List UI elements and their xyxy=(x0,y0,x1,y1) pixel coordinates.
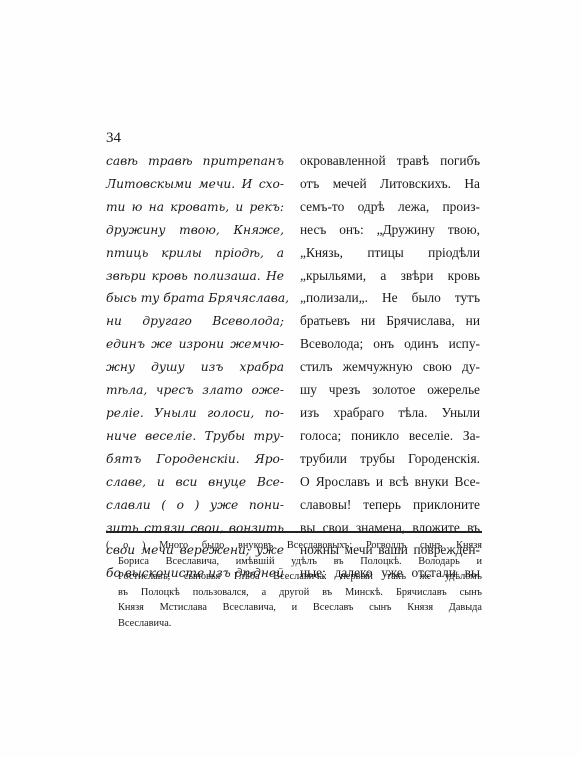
footnote-line: Бориса Всеславича, имѣвшій удѣлъ въ Поло… xyxy=(106,554,482,570)
text-line: „Князь, птицы пріодѣли xyxy=(300,242,480,265)
text-line: савѣ травѣ притрепанъ xyxy=(106,150,284,173)
text-line: голоса; поникло веселіе. За- xyxy=(300,425,480,448)
text-line: семъ-то одрѣ лежа, произ- xyxy=(300,196,480,219)
text-line: отъ мечей Литовскихъ. На xyxy=(300,173,480,196)
modern-russian-column: окровавленной травѣ погибъ отъ мечей Лит… xyxy=(300,150,480,585)
text-line: тѣла, чресъ злато оже- xyxy=(106,379,284,402)
text-line: ни другаго Всеволода; xyxy=(106,310,284,333)
text-line: „полизали„. Не было тутъ xyxy=(300,287,480,310)
footnote-line: Всеславича. xyxy=(106,616,482,632)
text-line: стилъ жемчужную свою ду- xyxy=(300,356,480,379)
text-line: дружину твою, Княже, xyxy=(106,219,284,242)
text-line: единъ же изрони жемчю- xyxy=(106,333,284,356)
old-slavonic-column: савѣ травѣ притрепанъ Литовскыми мечи. И… xyxy=(106,150,284,585)
footnote-line: ( о ) Много было внуковъ Всеславовыхъ: Р… xyxy=(106,538,482,554)
text-line: птиць крилы пріодѣ, а xyxy=(106,242,284,265)
book-page: 34 савѣ травѣ притрепанъ Литовскыми мечи… xyxy=(0,0,582,757)
text-line: братьевъ ни Брячислава, ни xyxy=(300,310,480,333)
text-line: вы свои знамена, вложите въ xyxy=(300,517,480,540)
text-line: ниче веселіе. Трубы тру- xyxy=(106,425,284,448)
text-line: звѣри кровь полизаша. Не xyxy=(106,265,284,288)
text-line: жну душу изъ храбра xyxy=(106,356,284,379)
text-line: славе, и вси внуце Все- xyxy=(106,471,284,494)
text-line: славли ( о ) уже пони- xyxy=(106,494,284,517)
text-line: зить стязи свои, вонзить xyxy=(106,517,284,540)
footnote: ( о ) Много было внуковъ Всеславовыхъ: Р… xyxy=(106,538,482,632)
text-line: Всеволода; онъ одинъ испу- xyxy=(300,333,480,356)
text-line: трубили трубы Городенскія. xyxy=(300,448,480,471)
text-line: О Ярославъ и всѣ внуки Все- xyxy=(300,471,480,494)
text-line: шу чрезъ золотое ожерелье xyxy=(300,379,480,402)
text-line: окровавленной травѣ погибъ xyxy=(300,150,480,173)
text-line: ти ю на кровать, и рекъ: xyxy=(106,196,284,219)
text-line: изъ храбраго тѣла. Уныли xyxy=(300,402,480,425)
text-line: несъ онъ: „Дружину твою, xyxy=(300,219,480,242)
text-line: бятъ Городенскіи. Яро- xyxy=(106,448,284,471)
text-line: Литовскыми мечи. И схо- xyxy=(106,173,284,196)
text-line: реліе. Уныли голоси, по- xyxy=(106,402,284,425)
text-line: славовы! теперь приклоните xyxy=(300,494,480,517)
text-line: „крыльями, а звѣри кровь xyxy=(300,265,480,288)
text-line: бысь ту брата Брячяслава, xyxy=(106,287,284,310)
footnote-line: въ Полоцкѣ пользовался, а другой въ Минс… xyxy=(106,585,482,601)
footnote-separator-rule xyxy=(106,531,482,533)
page-number: 34 xyxy=(106,130,121,147)
footnote-line: Князя Мстислава Всеславича, и Всеславъ с… xyxy=(106,600,482,616)
footnote-line: Ростиславъ, сыновья Глѣба Всеславича: пе… xyxy=(106,569,482,585)
